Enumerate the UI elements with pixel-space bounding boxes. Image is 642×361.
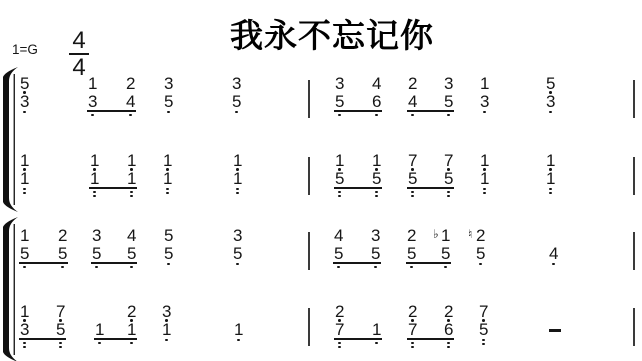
octave-dot	[166, 192, 169, 195]
note-digit: 1	[90, 172, 102, 186]
note-digit: 1	[20, 305, 32, 319]
octave-dot	[549, 111, 552, 114]
note-digit: 3	[232, 77, 244, 91]
octave-dot	[411, 342, 414, 345]
note-digit: 6	[372, 95, 384, 109]
note-digit: 4	[334, 229, 346, 243]
note-digit: 1	[163, 154, 175, 168]
time-signature-denominator: 4	[68, 56, 90, 79]
octave-dot	[61, 266, 64, 269]
octave-dot	[374, 266, 377, 269]
note-digit: 1	[546, 154, 558, 168]
note-digit: 5	[407, 247, 419, 261]
note-digit: 1	[480, 77, 492, 91]
note-digit: 1	[20, 172, 32, 186]
octave-dot	[23, 346, 26, 349]
note-digit: 2	[127, 305, 139, 319]
note-digit: 5	[92, 247, 104, 261]
beam-underline	[406, 262, 451, 264]
octave-dot	[411, 191, 414, 194]
octave-dot	[338, 195, 341, 198]
octave-dot	[482, 339, 485, 342]
note-digit: 1	[480, 154, 492, 168]
note-digit: 5	[479, 323, 491, 337]
octave-dot	[167, 111, 170, 114]
barline	[308, 80, 310, 118]
octave-dot	[483, 168, 486, 171]
octave-dot	[130, 168, 133, 171]
note-digit: 7	[408, 323, 420, 337]
note-digit: 5	[476, 247, 488, 261]
octave-dot	[411, 319, 414, 322]
octave-dot	[447, 346, 450, 349]
accidental-sign: ♮	[468, 227, 472, 241]
octave-dot	[483, 188, 486, 191]
note-digit: 4	[126, 95, 138, 109]
note-digit: 1	[441, 229, 453, 243]
note-digit: 5	[335, 95, 347, 109]
octave-dot	[483, 111, 486, 114]
note-digit: 7	[479, 305, 491, 319]
octave-dot	[447, 342, 450, 345]
octave-dot	[98, 342, 101, 345]
barline	[633, 308, 635, 346]
note-digit: 2	[126, 77, 138, 91]
note-digit: 4	[372, 77, 384, 91]
dash-extend-line	[549, 329, 561, 332]
beam-underline	[334, 110, 382, 112]
octave-dot	[23, 192, 26, 195]
beam-underline	[407, 338, 454, 340]
beam-underline	[94, 338, 137, 340]
note-digit: 1	[127, 323, 139, 337]
note-digit: 1	[372, 154, 384, 168]
note-digit: 3	[20, 323, 32, 337]
octave-dot	[23, 111, 26, 114]
note-digit: 1	[127, 154, 139, 168]
octave-dot	[130, 195, 133, 198]
octave-dot	[130, 342, 133, 345]
note-digit: 2	[407, 229, 419, 243]
octave-dot	[93, 168, 96, 171]
beam-underline	[19, 338, 66, 340]
octave-dot	[411, 168, 414, 171]
octave-dot	[375, 191, 378, 194]
note-digit: 3	[335, 77, 347, 91]
octave-dot	[167, 263, 170, 266]
octave-dot	[338, 342, 341, 345]
octave-dot	[549, 91, 552, 94]
note-digit: 3	[88, 95, 100, 109]
note-digit: 5	[164, 95, 176, 109]
key-signature: 1=G	[12, 42, 38, 57]
note-digit: 1	[163, 172, 175, 186]
octave-dot	[447, 191, 450, 194]
note-digit: 5	[371, 247, 383, 261]
note-digit: 5	[164, 247, 176, 261]
note-digit: 2	[58, 229, 70, 243]
system-bracket-icon	[1, 219, 19, 360]
song-title: 我永不忘记你	[0, 10, 642, 57]
octave-dot	[165, 319, 168, 322]
note-digit: 1	[95, 323, 107, 337]
octave-dot	[130, 266, 133, 269]
octave-dot	[93, 195, 96, 198]
note-digit: 5	[232, 95, 244, 109]
octave-dot	[549, 168, 552, 171]
octave-dot	[23, 342, 26, 345]
octave-dot	[166, 188, 169, 191]
octave-dot	[59, 319, 62, 322]
octave-dot	[129, 114, 132, 117]
note-digit: 5	[233, 247, 245, 261]
note-digit: 2	[444, 305, 456, 319]
octave-dot	[236, 188, 239, 191]
octave-dot	[130, 191, 133, 194]
note-digit: 3	[444, 77, 456, 91]
note-digit: 2	[476, 229, 488, 243]
octave-dot	[130, 319, 133, 322]
note-digit: 5	[164, 229, 176, 243]
note-digit: 3	[20, 95, 32, 109]
octave-dot	[447, 195, 450, 198]
barline	[633, 80, 635, 118]
note-digit: 3	[162, 305, 174, 319]
note-digit: 5	[335, 172, 347, 186]
note-digit: 4	[408, 95, 420, 109]
note-digit: 4	[549, 247, 561, 261]
octave-dot	[165, 339, 168, 342]
accidental-sign: ♭	[433, 227, 439, 241]
note-digit: 5	[546, 77, 558, 91]
barline	[308, 308, 310, 346]
octave-dot	[338, 319, 341, 322]
octave-dot	[375, 114, 378, 117]
note-digit: 3	[371, 229, 383, 243]
octave-dot	[479, 263, 482, 266]
octave-dot	[447, 319, 450, 322]
beam-underline	[333, 262, 381, 264]
octave-dot	[23, 91, 26, 94]
octave-dot	[482, 343, 485, 346]
note-digit: 3	[546, 95, 558, 109]
system-bracket-icon	[1, 69, 19, 210]
note-digit: 4	[127, 229, 139, 243]
note-digit: 5	[408, 172, 420, 186]
note-digit: 5	[444, 95, 456, 109]
octave-dot	[23, 319, 26, 322]
note-digit: 1	[162, 323, 174, 337]
octave-dot	[411, 346, 414, 349]
octave-dot	[411, 195, 414, 198]
beam-underline	[87, 110, 136, 112]
time-signature-numerator: 4	[68, 29, 90, 52]
octave-dot	[91, 114, 94, 117]
barline	[633, 157, 635, 195]
beam-underline	[91, 262, 137, 264]
note-digit: 1	[127, 172, 139, 186]
octave-dot	[93, 191, 96, 194]
octave-dot	[482, 319, 485, 322]
octave-dot	[23, 168, 26, 171]
octave-dot	[375, 342, 378, 345]
note-digit: 5	[58, 247, 70, 261]
note-digit: 1	[233, 172, 245, 186]
note-digit: 2	[408, 77, 420, 91]
note-digit: 5	[444, 172, 456, 186]
octave-dot	[552, 263, 555, 266]
octave-dot	[375, 168, 378, 171]
octave-dot	[23, 266, 26, 269]
note-digit: 7	[335, 323, 347, 337]
note-digit: 1	[372, 323, 384, 337]
note-digit: 1	[480, 172, 492, 186]
octave-dot	[236, 263, 239, 266]
note-digit: 5	[127, 247, 139, 261]
octave-dot	[447, 168, 450, 171]
note-digit: 5	[441, 247, 453, 261]
octave-dot	[166, 168, 169, 171]
octave-dot	[23, 188, 26, 191]
note-digit: 6	[444, 323, 456, 337]
note-digit: 5	[20, 77, 32, 91]
octave-dot	[235, 111, 238, 114]
beam-underline	[334, 187, 382, 189]
note-digit: 1	[233, 154, 245, 168]
note-digit: 1	[234, 323, 246, 337]
note-digit: 3	[92, 229, 104, 243]
octave-dot	[59, 346, 62, 349]
octave-dot	[59, 342, 62, 345]
octave-dot	[447, 114, 450, 117]
note-digit: 1	[90, 154, 102, 168]
note-digit: 1	[20, 229, 32, 243]
note-digit: 3	[480, 95, 492, 109]
note-digit: 3	[233, 229, 245, 243]
note-digit: 5	[56, 323, 68, 337]
octave-dot	[410, 266, 413, 269]
octave-dot	[95, 266, 98, 269]
octave-dot	[338, 168, 341, 171]
beam-underline	[407, 110, 454, 112]
note-digit: 5	[334, 247, 346, 261]
octave-dot	[444, 266, 447, 269]
octave-dot	[338, 346, 341, 349]
note-digit: 7	[56, 305, 68, 319]
octave-dot	[236, 192, 239, 195]
barline	[308, 232, 310, 270]
note-digit: 1	[335, 154, 347, 168]
octave-dot	[549, 188, 552, 191]
octave-dot	[338, 191, 341, 194]
beam-underline	[407, 187, 454, 189]
octave-dot	[375, 195, 378, 198]
note-digit: 5	[20, 247, 32, 261]
octave-dot	[236, 168, 239, 171]
octave-dot	[549, 192, 552, 195]
note-digit: 2	[408, 305, 420, 319]
note-digit: 3	[164, 77, 176, 91]
octave-dot	[483, 192, 486, 195]
time-signature: 4 4	[68, 29, 90, 79]
note-digit: 2	[335, 305, 347, 319]
note-digit: 1	[20, 154, 32, 168]
beam-underline	[89, 187, 137, 189]
sheet-music-page: 我永不忘记你 1=G 4 4 3531425353536442533135111…	[0, 0, 642, 361]
note-digit: 7	[444, 154, 456, 168]
octave-dot	[411, 114, 414, 117]
barline	[308, 157, 310, 195]
beam-underline	[334, 338, 382, 340]
beam-underline	[19, 262, 68, 264]
note-digit: 1	[88, 77, 100, 91]
note-digit: 7	[408, 154, 420, 168]
note-digit: 5	[372, 172, 384, 186]
octave-dot	[337, 266, 340, 269]
note-digit: 1	[546, 172, 558, 186]
barline	[633, 232, 635, 270]
octave-dot	[338, 114, 341, 117]
octave-dot	[237, 339, 240, 342]
